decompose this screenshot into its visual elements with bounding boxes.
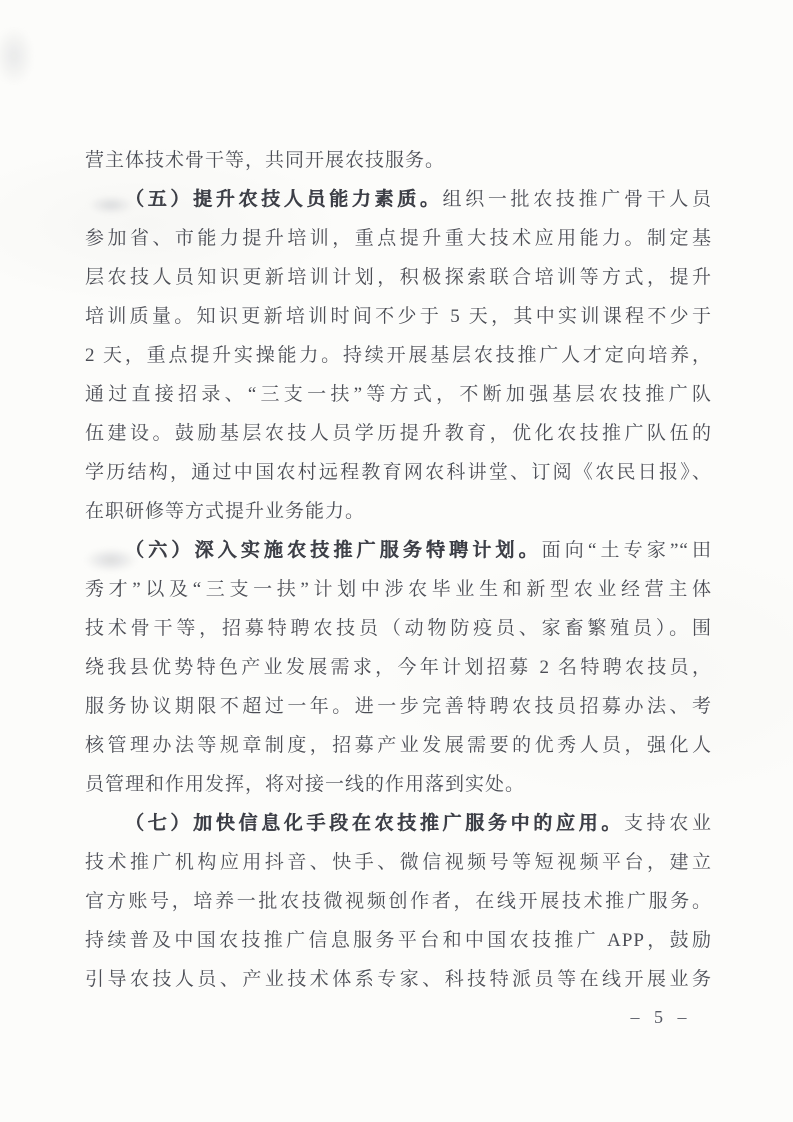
heading-segment: （七）加快信息化手段在农技推广服务中的应用。 bbox=[125, 813, 624, 834]
text-line: 服务协议期限不超过一年。进一步完善特聘农技员招募办法、考 bbox=[85, 687, 712, 726]
text-segment: 服务协议期限不超过一年。进一步完善特聘农技员招募办法、考 bbox=[85, 696, 712, 717]
text-line: 引导农技人员、产业技术体系专家、科技特派员等在线开展业务 bbox=[85, 960, 712, 999]
text-segment: 支持农业 bbox=[624, 813, 712, 834]
heading-segment: （六）深入实施农技推广服务特聘计划。 bbox=[125, 540, 542, 561]
text-line: （七）加快信息化手段在农技推广服务中的应用。支持农业 bbox=[85, 804, 712, 843]
heading-segment: （五）提升农技人员能力素质。 bbox=[125, 189, 443, 210]
text-segment: 伍建设。鼓励基层农技人员学历提升教育，优化农技推广队伍的 bbox=[85, 423, 712, 444]
text-line: 营主体技术骨干等，共同开展农技服务。 bbox=[85, 141, 712, 180]
scan-edge-artifact bbox=[0, 26, 34, 86]
document-page: 营主体技术骨干等，共同开展农技服务。（五）提升农技人员能力素质。组织一批农技推广… bbox=[0, 0, 793, 1122]
text-segment: 官方账号，培养一批农技微视频创作者，在线开展技术推广服务。 bbox=[85, 891, 712, 912]
text-line: 培训质量。知识更新培训时间不少于 5 天，其中实训课程不少于 bbox=[85, 297, 712, 336]
text-line: 绕我县优势特色产业发展需求，今年计划招募 2 名特聘农技员， bbox=[85, 648, 712, 687]
text-segment: 技术推广机构应用抖音、快手、微信视频号等短视频平台，建立 bbox=[85, 852, 712, 873]
text-segment: 学历结构，通过中国农村远程教育网农科讲堂、订阅《农民日报》、 bbox=[85, 462, 712, 483]
text-line: 秀才”以及“三支一扶”计划中涉农毕业生和新型农业经营主体 bbox=[85, 570, 712, 609]
text-segment: 通过直接招录、“三支一扶”等方式，不断加强基层农技推广队 bbox=[85, 384, 712, 405]
text-line: （五）提升农技人员能力素质。组织一批农技推广骨干人员 bbox=[85, 180, 712, 219]
text-segment: 层农技人员知识更新培训计划，积极探索联合培训等方式，提升 bbox=[85, 267, 712, 288]
text-line: 在职研修等方式提升业务能力。 bbox=[85, 492, 712, 531]
text-line: 通过直接招录、“三支一扶”等方式，不断加强基层农技推广队 bbox=[85, 375, 712, 414]
text-segment: 组织一批农技推广骨干人员 bbox=[443, 189, 712, 210]
text-segment: 营主体技术骨干等，共同开展农技服务。 bbox=[85, 150, 445, 171]
text-line: （六）深入实施农技推广服务特聘计划。面向“土专家”“田 bbox=[85, 531, 712, 570]
text-segment: 员管理和作用发挥，将对接一线的作用落到实处。 bbox=[85, 774, 525, 795]
text-segment: 培训质量。知识更新培训时间不少于 5 天，其中实训课程不少于 bbox=[85, 306, 712, 327]
text-segment: 参加省、市能力提升培训，重点提升重大技术应用能力。制定基 bbox=[85, 228, 712, 249]
text-line: 官方账号，培养一批农技微视频创作者，在线开展技术推广服务。 bbox=[85, 882, 712, 921]
text-segment: 秀才”以及“三支一扶”计划中涉农毕业生和新型农业经营主体 bbox=[85, 579, 712, 600]
text-segment: 绕我县优势特色产业发展需求，今年计划招募 2 名特聘农技员， bbox=[85, 657, 712, 678]
text-segment: 核管理办法等规章制度，招募产业发展需要的优秀人员，强化人 bbox=[85, 735, 712, 756]
text-line: 技术骨干等，招募特聘农技员（动物防疫员、家畜繁殖员）。围 bbox=[85, 609, 712, 648]
text-segment: 技术骨干等，招募特聘农技员（动物防疫员、家畜繁殖员）。围 bbox=[85, 618, 712, 639]
text-line: 员管理和作用发挥，将对接一线的作用落到实处。 bbox=[85, 765, 712, 804]
text-line: 层农技人员知识更新培训计划，积极探索联合培训等方式，提升 bbox=[85, 258, 712, 297]
text-line: 学历结构，通过中国农村远程教育网农科讲堂、订阅《农民日报》、 bbox=[85, 453, 712, 492]
text-segment: 面向“土专家”“田 bbox=[542, 540, 712, 561]
text-segment: 引导农技人员、产业技术体系专家、科技特派员等在线开展业务 bbox=[85, 969, 712, 990]
page-number: – 5 – bbox=[626, 1004, 696, 1030]
text-line: 技术推广机构应用抖音、快手、微信视频号等短视频平台，建立 bbox=[85, 843, 712, 882]
text-line: 伍建设。鼓励基层农技人员学历提升教育，优化农技推广队伍的 bbox=[85, 414, 712, 453]
text-segment: 在职研修等方式提升业务能力。 bbox=[85, 501, 365, 522]
document-body: 营主体技术骨干等，共同开展农技服务。（五）提升农技人员能力素质。组织一批农技推广… bbox=[85, 141, 712, 999]
text-line: 核管理办法等规章制度，招募产业发展需要的优秀人员，强化人 bbox=[85, 726, 712, 765]
text-line: 2 天，重点提升实操能力。持续开展基层农技推广人才定向培养， bbox=[85, 336, 712, 375]
text-line: 参加省、市能力提升培训，重点提升重大技术应用能力。制定基 bbox=[85, 219, 712, 258]
text-segment: 2 天，重点提升实操能力。持续开展基层农技推广人才定向培养， bbox=[85, 345, 712, 366]
text-line: 持续普及中国农技推广信息服务平台和中国农技推广 APP，鼓励 bbox=[85, 921, 712, 960]
text-segment: 持续普及中国农技推广信息服务平台和中国农技推广 APP，鼓励 bbox=[85, 930, 712, 951]
